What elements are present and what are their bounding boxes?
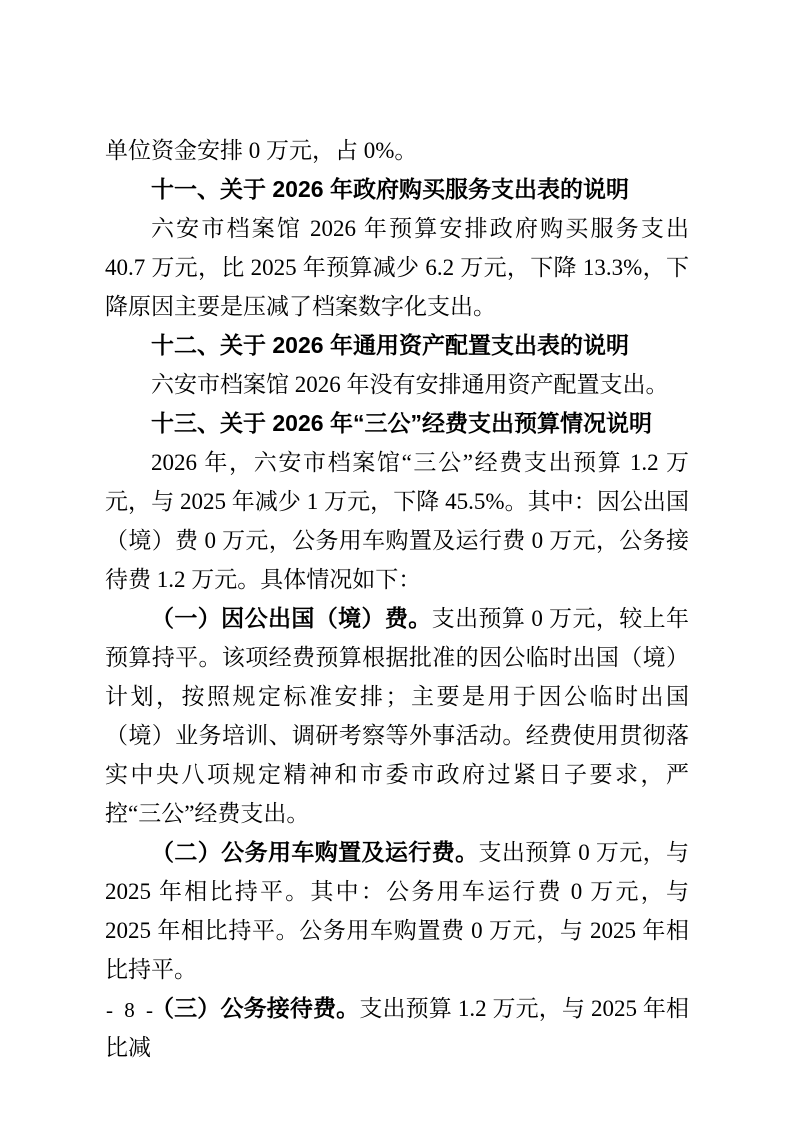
section-heading: 十二、关于 2026 年通用资产配置支出表的说明: [105, 326, 689, 365]
section-heading: 十三、关于 2026 年“三公”经费支出预算情况说明: [105, 404, 689, 443]
bold-lead-text: 十一、关于 2026 年政府购买服务支出表的说明: [151, 176, 629, 202]
document-body: 单位资金安排 0 万元，占 0%。十一、关于 2026 年政府购买服务支出表的说…: [105, 131, 689, 1067]
body-paragraph: （二）公务用车购置及运行费。支出预算 0 万元，与 2025 年相比持平。其中：…: [105, 833, 689, 989]
document-page: 单位资金安排 0 万元，占 0%。十一、关于 2026 年政府购买服务支出表的说…: [0, 0, 793, 1122]
bold-lead-text: （一）因公出国（境）费。: [151, 605, 432, 631]
text-run: 六安市档案馆 2026 年预算安排政府购买服务支出 40.7 万元，比 2025…: [105, 216, 689, 319]
bold-lead-text: 十二、关于 2026 年通用资产配置支出表的说明: [151, 332, 629, 358]
text-run: 单位资金安排 0 万元，占 0%。: [105, 138, 417, 163]
text-run: 六安市档案馆 2026 年没有安排通用资产配置支出。: [151, 372, 669, 397]
body-paragraph: 六安市档案馆 2026 年预算安排政府购买服务支出 40.7 万元，比 2025…: [105, 209, 689, 326]
body-paragraph: （一）因公出国（境）费。支出预算 0 万元，较上年预算持平。该项经费预算根据批准…: [105, 599, 689, 833]
text-run: 2026 年，六安市档案馆“三公”经费支出预算 1.2 万元，与 2025 年减…: [105, 450, 689, 592]
body-paragraph: 单位资金安排 0 万元，占 0%。: [105, 131, 689, 170]
text-run: 支出预算 0 万元，较上年预算持平。该项经费预算根据批准的因公临时出国（境）计划…: [105, 606, 689, 826]
bold-lead-text: （二）公务用车购置及运行费。: [151, 839, 478, 865]
body-paragraph: 六安市档案馆 2026 年没有安排通用资产配置支出。: [105, 365, 689, 404]
page-number: - 8 -: [106, 995, 156, 1025]
section-heading: 十一、关于 2026 年政府购买服务支出表的说明: [105, 170, 689, 209]
bold-lead-text: 十三、关于 2026 年“三公”经费支出预算情况说明: [151, 410, 652, 436]
body-paragraph: 2026 年，六安市档案馆“三公”经费支出预算 1.2 万元，与 2025 年减…: [105, 443, 689, 599]
body-paragraph: （三）公务接待费。支出预算 1.2 万元，与 2025 年相比减: [105, 989, 689, 1067]
bold-lead-text: （三）公务接待费。: [151, 995, 359, 1021]
